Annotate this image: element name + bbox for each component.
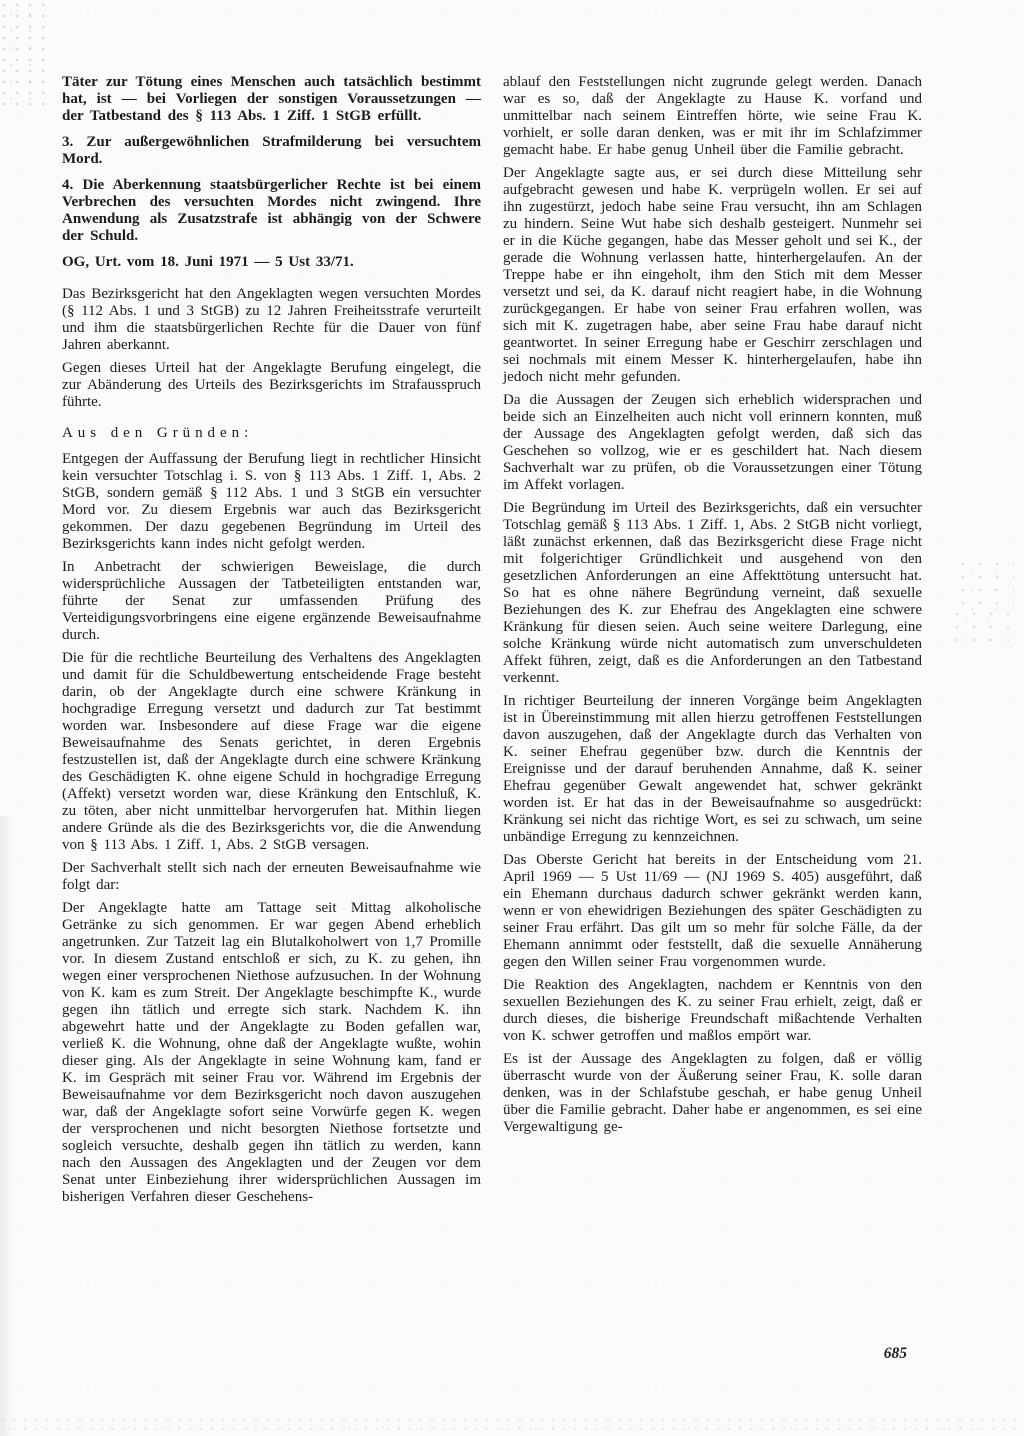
page-number: 685 xyxy=(843,1345,907,1363)
body-paragraph: Die für die rechtliche Beurteilung des V… xyxy=(62,650,481,854)
scan-shadow-left-edge xyxy=(0,816,14,1436)
intro-paragraph: Das Bezirksgericht hat den Angeklagten w… xyxy=(62,286,481,354)
case-citation: OG, Urt. vom 18. Juni 1971 — 5 Ust 33/71… xyxy=(62,254,481,271)
headnote-paragraph: 3. Zur außergewöhnlichen Strafmilderung … xyxy=(62,134,481,168)
scan-speckle-right-margin xyxy=(958,558,1014,610)
body-paragraph: Da die Aussagen der Zeugen sich erheblic… xyxy=(503,392,922,494)
body-paragraph: Es ist der Aussage des Angeklagten zu fo… xyxy=(503,1051,922,1136)
body-paragraph: Der Angeklagte hatte am Tattage seit Mit… xyxy=(62,900,481,1206)
scan-speckle-top-left xyxy=(0,0,46,110)
body-paragraph: In richtiger Beurteilung der inneren Vor… xyxy=(503,693,922,846)
section-heading: Aus den Gründen: xyxy=(62,425,481,442)
body-paragraph: Die Begründung im Urteil des Bezirksgeri… xyxy=(503,500,922,687)
body-paragraph: Das Oberste Gericht hat bereits in der E… xyxy=(503,852,922,971)
right-column: ablauf den Feststellungen nicht zugrunde… xyxy=(503,74,922,1142)
body-paragraph: Der Sachverhalt stellt sich nach der ern… xyxy=(62,860,481,894)
body-paragraph: In Anbetracht der schwierigen Beweislage… xyxy=(62,559,481,644)
headnote-paragraph: Täter zur Tötung eines Menschen auch tat… xyxy=(62,74,481,125)
journal-page: Täter zur Tötung eines Menschen auch tat… xyxy=(0,0,1024,1436)
left-column: Täter zur Tötung eines Menschen auch tat… xyxy=(62,74,481,1212)
body-paragraph: Der Angeklagte sagte aus, er sei durch d… xyxy=(503,165,922,386)
scan-noise-bottom-edge xyxy=(0,1416,1024,1436)
body-paragraph: Entgegen der Auffassung der Berufung lie… xyxy=(62,451,481,553)
scan-speckle-right-margin xyxy=(952,608,1010,652)
body-paragraph: Die Reaktion des Angeklagten, nachdem er… xyxy=(503,977,922,1045)
headnote-paragraph: 4. Die Aberkennung staatsbürgerlicher Re… xyxy=(62,177,481,245)
body-paragraph: ablauf den Feststellungen nicht zugrunde… xyxy=(503,74,922,159)
intro-paragraph: Gegen dieses Urteil hat der Angeklagte B… xyxy=(62,360,481,411)
